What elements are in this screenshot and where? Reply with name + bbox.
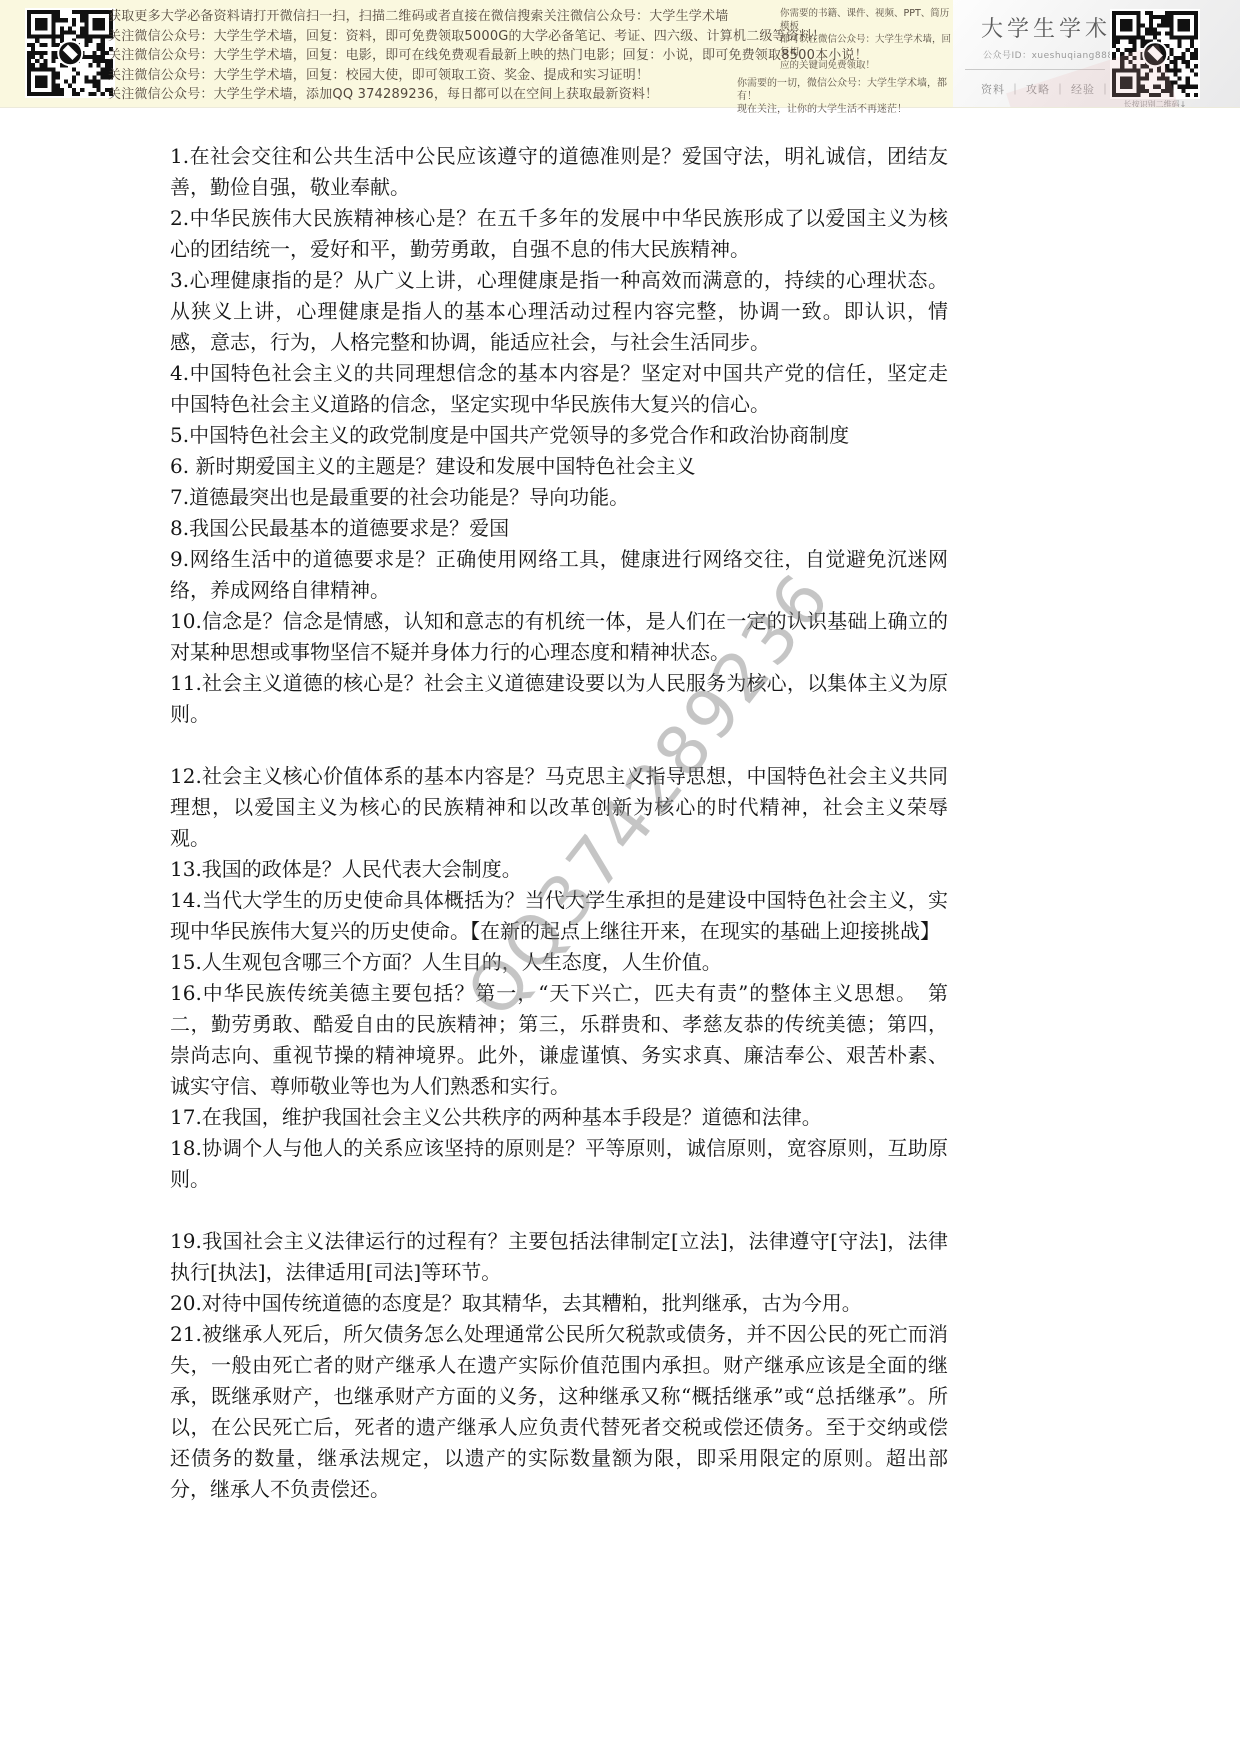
note-line: 都可以在微信公众号：大学生学术墙，回复相 (780, 33, 958, 59)
slogan-line: 现在关注，让你的大学生活不再迷茫！ (737, 103, 959, 116)
qa-item-5: 5.中国特色社会主义的政党制度是中国共产党领导的多党合作和政治协商制度 (170, 420, 948, 451)
note-line: 应的关键词免费领取！ (780, 59, 958, 72)
promo-text-block: 获取更多大学必备资料请打开微信扫一扫，扫描二维码或者直接在微信搜索关注微信公众号… (108, 7, 728, 105)
promo-line: 获取更多大学必备资料请打开微信扫一扫，扫描二维码或者直接在微信搜索关注微信公众号… (108, 7, 728, 27)
qa-item-21: 21.被继承人死后，所欠债务怎么处理通常公民所欠税款或债务，并不因公民的死亡而消… (170, 1319, 948, 1505)
qa-item-18: 18.协调个人与他人的关系应该坚持的原则是？平等原则，诚信原则，宽容原则，互助原… (170, 1133, 948, 1195)
qa-item-1: 1.在社会交往和公共生活中公民应该遵守的道德准则是？爱国守法，明礼诚信，团结友善… (170, 141, 948, 203)
qa-item-13: 13.我国的政体是？人民代表大会制度。 (170, 854, 948, 885)
qa-item-9: 9.网络生活中的道德要求是？正确使用网络工具，健康进行网络交往，自觉避免沉迷网络… (170, 544, 948, 606)
promo-line: 关注微信公众号：大学生学术墙，回复：校园大使，即可领取工资、奖金、提成和实习证明… (108, 66, 728, 86)
qa-item-16: 16.中华民族传统美德主要包括？第一，“天下兴亡，匹夫有责”的整体主义思想。 第… (170, 978, 948, 1102)
qa-item-15: 15.人生观包含哪三个方面？人生目的，人生态度，人生价值。 (170, 947, 948, 978)
qa-item-7: 7.道德最突出也是最重要的社会功能是？导向功能。 (170, 482, 948, 513)
slogan-text-block: 你需要的一切，微信公众号：大学生学术墙，都有！ 现在关注，让你的大学生活不再迷茫… (737, 77, 959, 116)
qr-caption: 长按识别二维码↓ (1106, 99, 1204, 107)
promo-line: 关注微信公众号：大学生学术墙，添加QQ 374289236，每日都可以在空间上获… (108, 85, 728, 105)
qa-item-8: 8.我国公民最基本的道德要求是？爱国 (170, 513, 948, 544)
qa-item-3: 3.心理健康指的是？从广义上讲，心理健康是指一种高效而满意的，持续的心理状态。从… (170, 265, 948, 358)
qa-item-2: 2.中华民族伟大民族精神核心是？在五千多年的发展中中华民族形成了以爱国主义为核心… (170, 203, 948, 265)
divider (965, 69, 1105, 70)
qa-item-10: 10.信念是？信念是情感，认知和意志的有机统一体，是人们在一定的认识基础上确立的… (170, 606, 948, 668)
qa-item-6: 6. 新时期爱国主义的主题是？建设和发展中国特色社会主义 (170, 451, 948, 482)
grad-cap-logo-icon (59, 42, 81, 64)
note-text-block: 你需要的书籍、课件、视频、PPT、简历模板 都可以在微信公众号：大学生学术墙，回… (780, 7, 958, 72)
promo-line: 关注微信公众号：大学生学术墙，回复：资料，即可免费领取5000G的大学必备笔记、… (108, 27, 728, 47)
brand-account-id: 公众号ID：xueshuqiang8888 (983, 48, 1120, 61)
wechat-qr-code-left (25, 8, 115, 98)
qa-item-12: 12.社会主义核心价值体系的基本内容是？马克思主义指导思想，中国特色社会主义共同… (170, 761, 948, 854)
qa-item-19: 19.我国社会主义法律运行的过程有？主要包括法律制定[立法]，法律遵守[守法]，… (170, 1226, 948, 1288)
qa-item-17: 17.在我国，维护我国社会主义公共秩序的两种基本手段是？道德和法律。 (170, 1102, 948, 1133)
promo-banner: 获取更多大学必备资料请打开微信扫一扫，扫描二维码或者直接在微信搜索关注微信公众号… (0, 0, 1240, 108)
qa-list: 1.在社会交往和公共生活中公民应该遵守的道德准则是？爱国守法，明礼诚信，团结友善… (170, 141, 948, 1505)
qa-item-20: 20.对待中国传统道德的态度是？取其精华，去其糟粕，批判继承，古为今用。 (170, 1288, 948, 1319)
qa-item-4: 4.中国特色社会主义的共同理想信念的基本内容是？坚定对中国共产党的信任，坚定走中… (170, 358, 948, 420)
brand-card: 大学生学术墙 公众号ID：xueshuqiang8888 资料 ｜ 攻略 ｜ 经… (953, 0, 1240, 107)
promo-line: 关注微信公众号：大学生学术墙，回复：电影，即可在线免费观看最新上映的热门电影；回… (108, 46, 728, 66)
note-line: 你需要的书籍、课件、视频、PPT、简历模板 (780, 7, 958, 33)
brand-nav-keywords: 资料 ｜ 攻略 ｜ 经验 ｜ 未来 (981, 81, 1140, 97)
grad-cap-logo-icon (1144, 43, 1166, 65)
slogan-line: 你需要的一切，微信公众号：大学生学术墙，都有！ (737, 77, 959, 103)
qa-item-14: 14.当代大学生的历史使命具体概括为？当代大学生承担的是建设中国特色社会主义，实… (170, 885, 948, 947)
qa-item-11: 11.社会主义道德的核心是？社会主义道德建设要以为人民服务为核心，以集体主义为原… (170, 668, 948, 730)
wechat-qr-code-right (1110, 9, 1200, 99)
document-page: 获取更多大学必备资料请打开微信扫一扫，扫描二维码或者直接在微信搜索关注微信公众号… (0, 0, 1240, 1754)
